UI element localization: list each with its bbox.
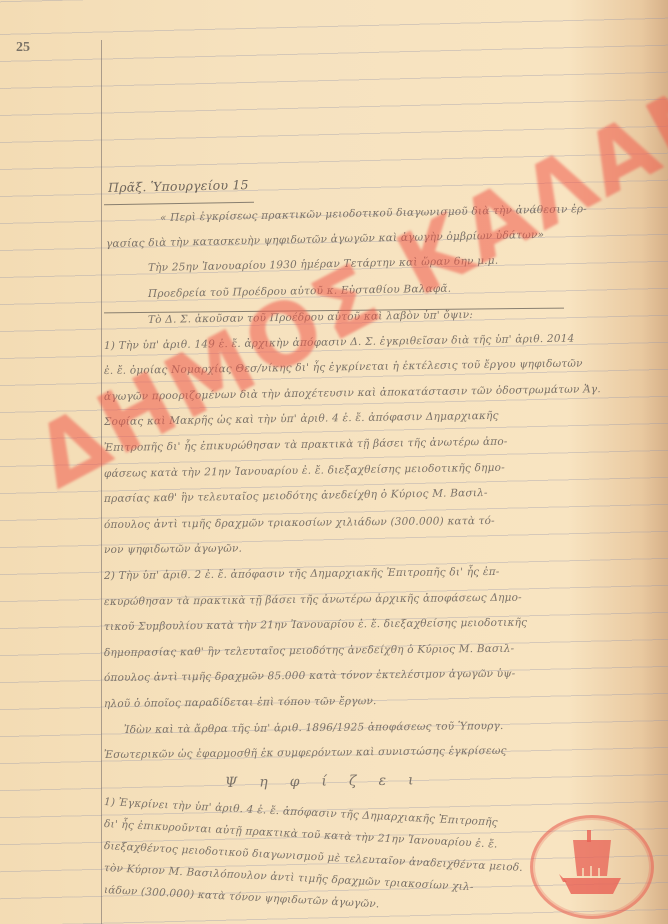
- section-header: Πρᾶξ. Ὑπουργείου 15: [108, 177, 249, 195]
- decision-heading: Ψηφίζει: [225, 772, 436, 791]
- page-number: 25: [16, 40, 30, 56]
- scanned-page: 25 Πρᾶξ. Ὑπουργείου 15 « Περὶ ἐγκρίσεως …: [0, 0, 668, 924]
- ship-icon: [559, 830, 625, 902]
- body-line: νον ψηφιδωτῶν ἀγωγῶν.: [104, 543, 242, 556]
- municipal-stamp: [530, 815, 654, 919]
